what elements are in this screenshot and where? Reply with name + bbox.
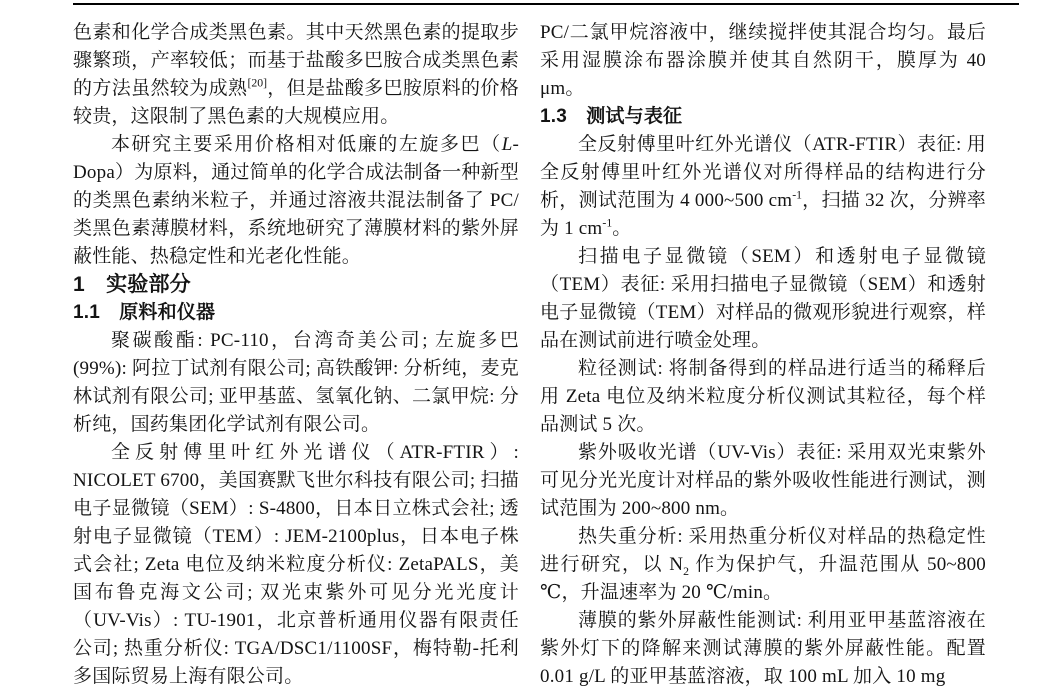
text-run: 1 实验部分 <box>73 273 191 296</box>
body-paragraph: 热失重分析: 采用热重分析仪对样品的热稳定性进行研究，以 N2 作为保护气，升温… <box>540 523 986 607</box>
journal-paper-page: 色素和化学合成类黑色素。其中天然黑色素的提取步骤繁琐，产率较低；而基于盐酸多巴胺… <box>0 0 1041 693</box>
body-paragraph: 紫外吸收光谱（UV-Vis）表征: 采用双光束紫外可见分光光度计对样品的紫外吸收… <box>540 439 986 523</box>
subsection-heading: 1.3 测试与表征 <box>540 103 986 131</box>
left-column: 色素和化学合成类黑色素。其中天然黑色素的提取步骤繁琐，产率较低；而基于盐酸多巴胺… <box>73 19 519 691</box>
text-run-sup: -1 <box>602 217 612 230</box>
text-run: 1.1 原料和仪器 <box>73 302 215 323</box>
body-paragraph: PC/二氯甲烷溶液中，继续搅拌使其混合均匀。最后采用湿膜涂布器涂膜并使其自然阴干… <box>540 19 986 103</box>
body-paragraph: 扫描电子显微镜（SEM）和透射电子显微镜（TEM）表征: 采用扫描电子显微镜（S… <box>540 243 986 355</box>
text-run-sup: [20] <box>247 77 267 90</box>
body-paragraph: 色素和化学合成类黑色素。其中天然黑色素的提取步骤繁琐，产率较低；而基于盐酸多巴胺… <box>73 19 519 131</box>
header-rule <box>73 3 1019 5</box>
text-run: 紫外吸收光谱（UV-Vis）表征: 采用双光束紫外可见分光光度计对样品的紫外吸收… <box>540 442 986 519</box>
body-paragraph: 薄膜的紫外屏蔽性能测试: 利用亚甲基蓝溶液在紫外灯下的降解来测试薄膜的紫外屏蔽性… <box>540 607 986 691</box>
text-run: 聚碳酸酯: PC-110，台湾奇美公司; 左旋多巴(99%): 阿拉丁试剂有限公… <box>73 330 519 435</box>
body-paragraph: 全反射傅里叶红外光谱仪（ATR-FTIR）表征: 用全反射傅里叶红外光谱仪对所得… <box>540 131 986 243</box>
right-column: PC/二氯甲烷溶液中，继续搅拌使其混合均匀。最后采用湿膜涂布器涂膜并使其自然阴干… <box>540 19 986 691</box>
body-paragraph: 全反射傅里叶红外光谱仪（ATR-FTIR）: NICOLET 6700，美国赛默… <box>73 439 519 691</box>
text-run: 全反射傅里叶红外光谱仪（ATR-FTIR）: NICOLET 6700，美国赛默… <box>73 442 519 687</box>
body-paragraph: 本研究主要采用价格相对低廉的左旋多巴（L-Dopa）为原料，通过简单的化学合成法… <box>73 131 519 271</box>
text-run-italic: L <box>502 134 513 155</box>
text-run: 。 <box>612 218 631 239</box>
body-paragraph: 粒径测试: 将制备得到的样品进行适当的稀释后用 Zeta 电位及纳米粒度分析仪测… <box>540 355 986 439</box>
body-paragraph: 聚碳酸酯: PC-110，台湾奇美公司; 左旋多巴(99%): 阿拉丁试剂有限公… <box>73 327 519 439</box>
text-run: 粒径测试: 将制备得到的样品进行适当的稀释后用 Zeta 电位及纳米粒度分析仪测… <box>540 358 986 435</box>
subsection-heading: 1.1 原料和仪器 <box>73 299 519 327</box>
section-heading: 1 实验部分 <box>73 271 519 299</box>
text-run: 扫描电子显微镜（SEM）和透射电子显微镜（TEM）表征: 采用扫描电子显微镜（S… <box>540 246 986 351</box>
text-run: 本研究主要采用价格相对低廉的左旋多巴（ <box>111 134 502 155</box>
text-run: 1.3 测试与表征 <box>540 106 682 127</box>
text-run: 薄膜的紫外屏蔽性能测试: 利用亚甲基蓝溶液在紫外灯下的降解来测试薄膜的紫外屏蔽性… <box>540 610 986 687</box>
text-run: PC/二氯甲烷溶液中，继续搅拌使其混合均匀。最后采用湿膜涂布器涂膜并使其自然阴干… <box>540 22 986 99</box>
text-run-sup: -1 <box>792 189 802 202</box>
